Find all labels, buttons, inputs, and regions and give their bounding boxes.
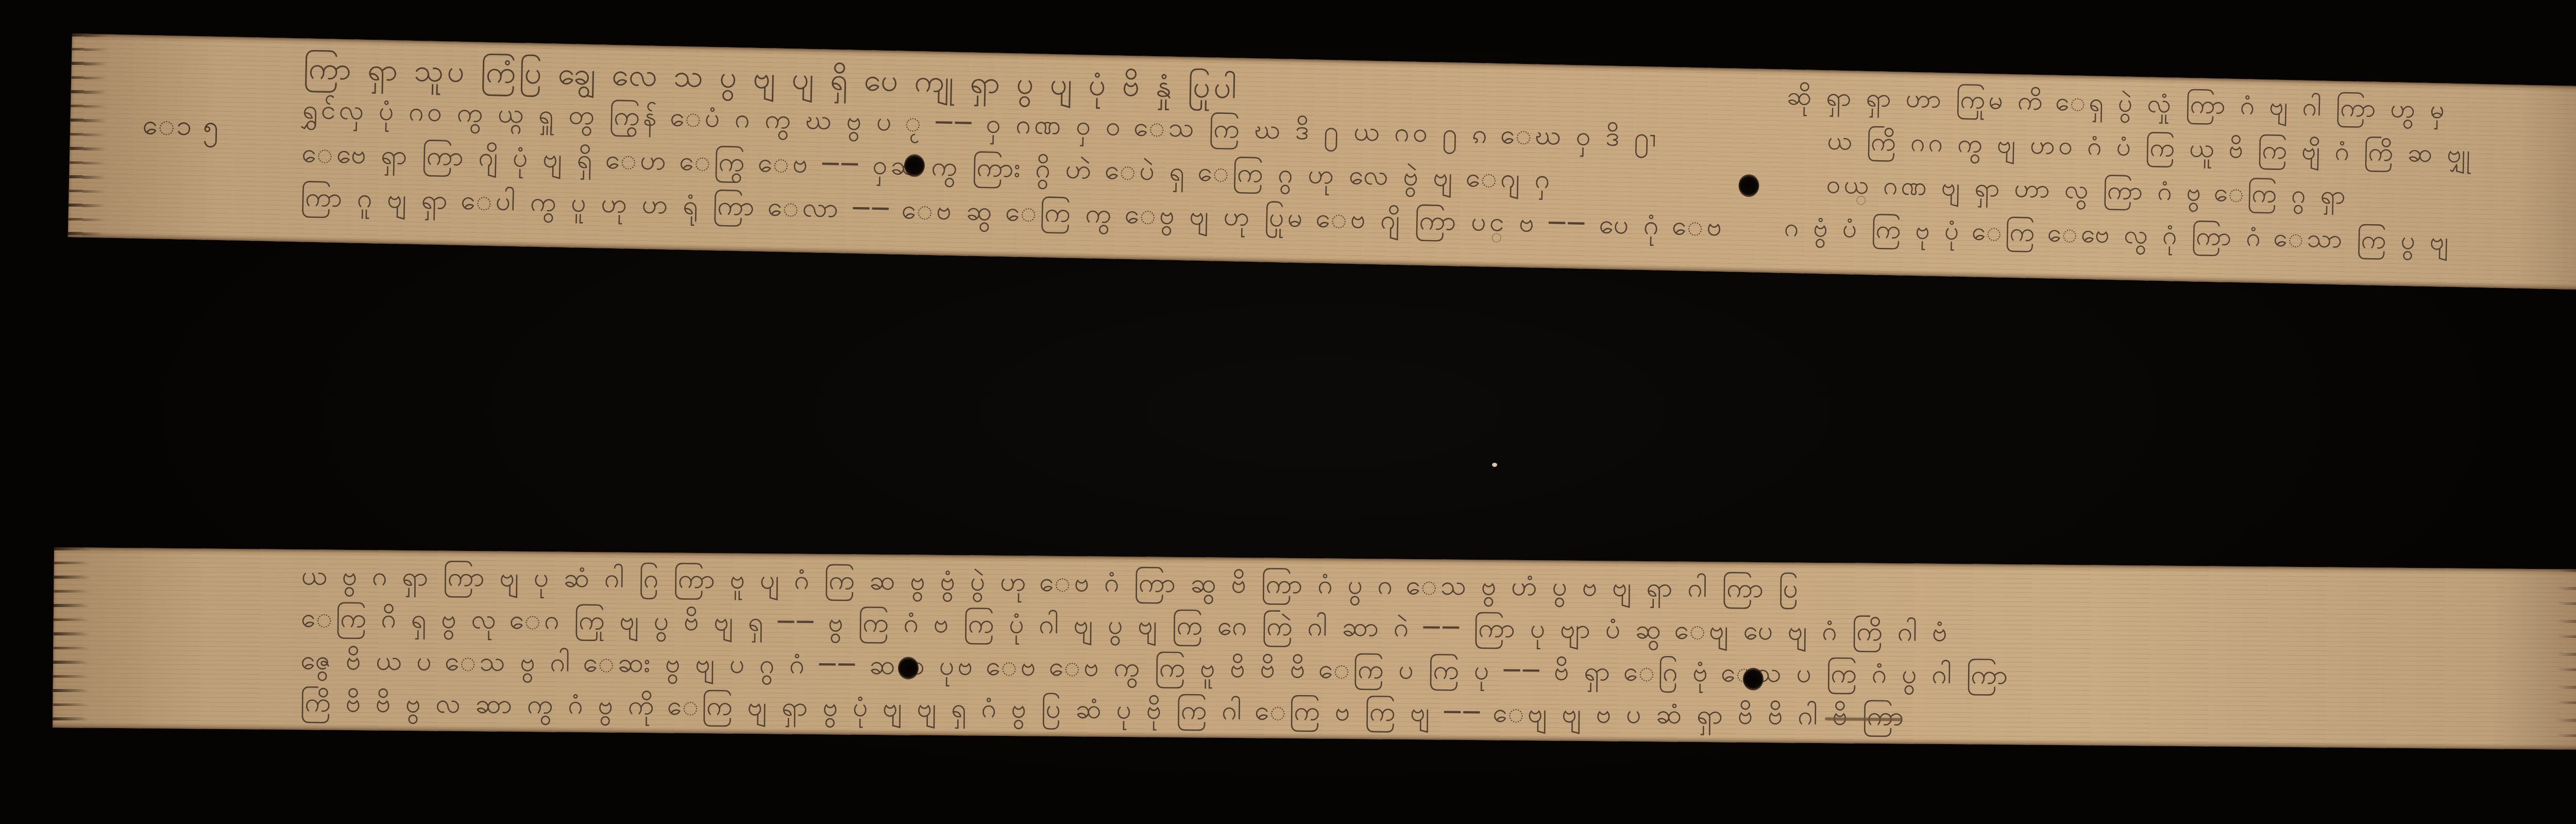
string-hole-right (1738, 174, 1759, 197)
string-hole-right (1743, 668, 1764, 691)
folio-number: ေ၁ ၅ (142, 107, 219, 149)
dust-speck (1492, 463, 1497, 467)
text-line: ဝယ္ ဂဏ ဗျ ရှာ ဟာ လွ ကြာ ဂံ ဗွ ေကြ ဂွ ရှာ (1826, 168, 2349, 216)
string-hole-left (898, 657, 919, 679)
text-line: ယ ကြိ ဂဂ ကွ ဗျ ဟဝ ဂံ ပံ ကြ ယူ ဗိ ကြ ဗျိ … (1827, 124, 2474, 175)
text-line: ဆို ရှာ ရှာ ဟာ ကြုမ ကိ ေရှ ပွဲ လှုံ ကြာ … (1786, 80, 2448, 131)
text-line: ဂ ဗွံ ပံ ကြ ဗု ပုံ ေကြ ေဗေ လွ ဂုံ ကြာ ဂံ… (1784, 211, 2452, 263)
palm-leaf-bottom: ယ ဗွ ဂ ရှာ ကြာ ဗျ ပု ဆံ ဂါ ဂြ ကြာ ဗူ ပျ … (53, 547, 2576, 750)
